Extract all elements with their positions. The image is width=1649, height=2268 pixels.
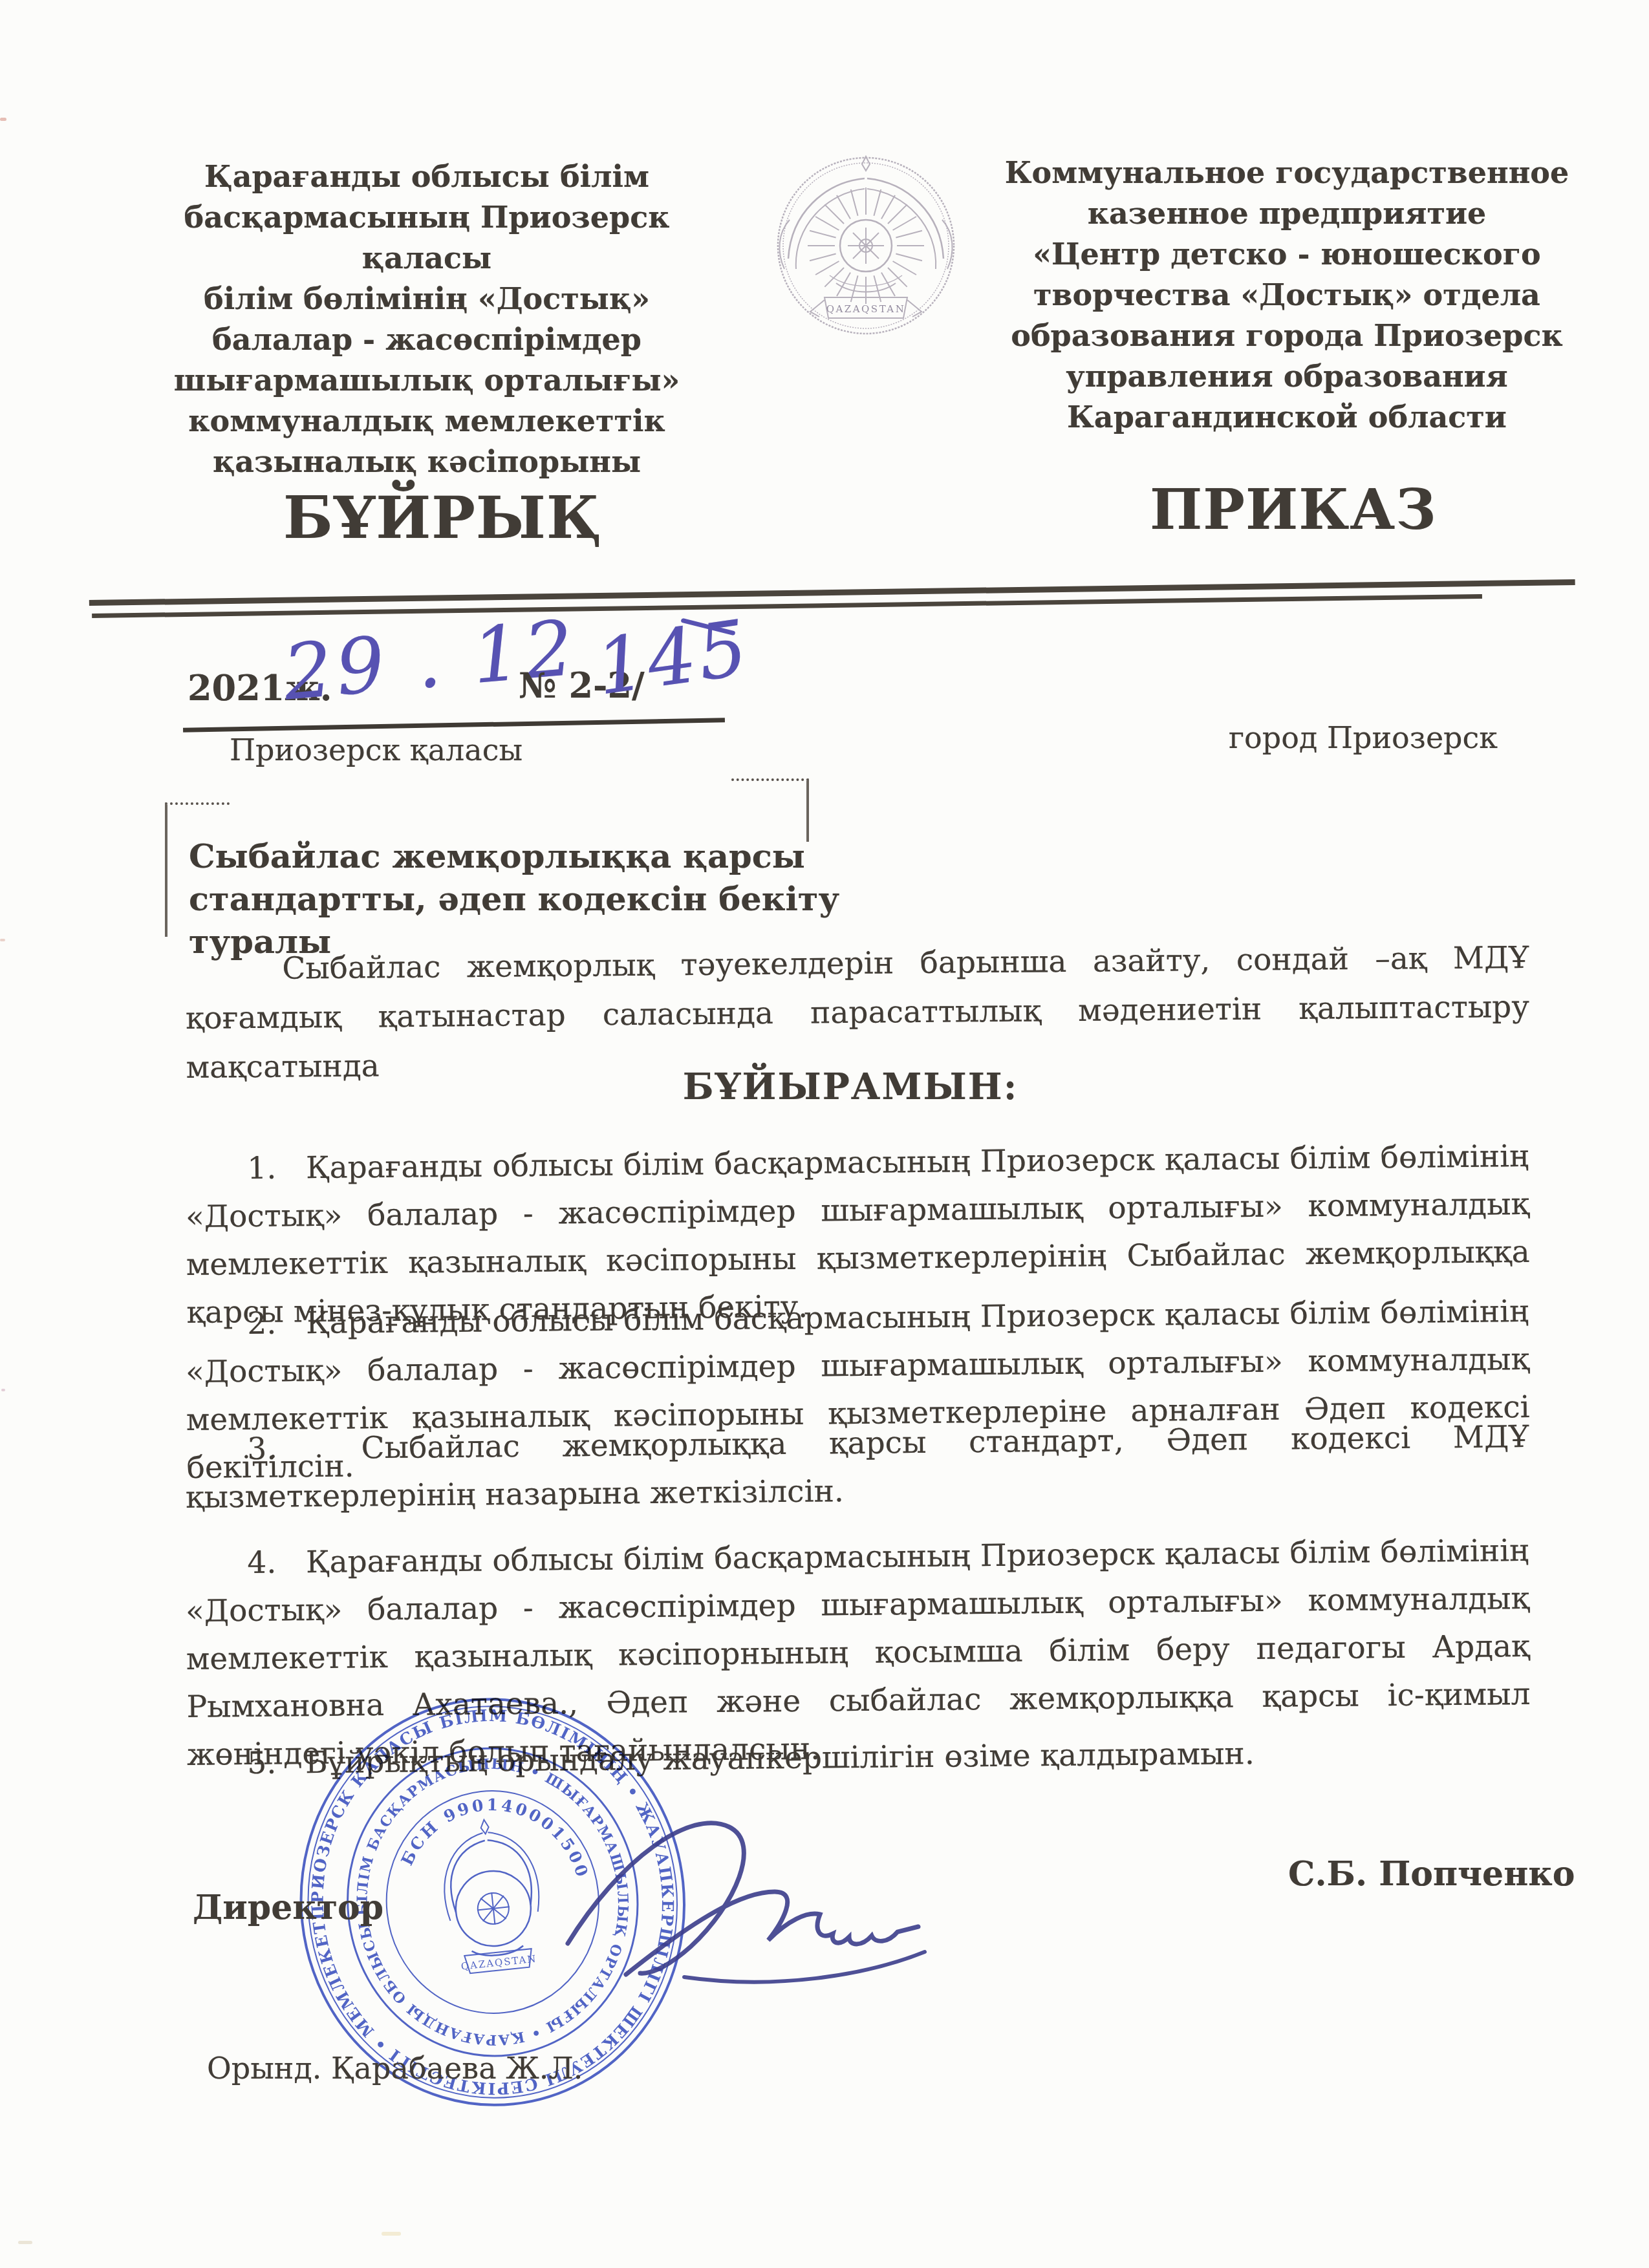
scan-speck <box>0 939 5 941</box>
corner-mark-right <box>731 778 809 842</box>
org-name-russian: Коммунальное государственное казенное пр… <box>993 153 1581 438</box>
signoff-name: С.Б. Попченко <box>1288 1854 1575 1894</box>
scanned-order-document: Қарағанды облысы білім басқармасының При… <box>0 0 1649 2268</box>
emblem-banner-label: QAZAQSTAN <box>826 303 906 315</box>
scan-speck <box>382 2232 401 2236</box>
place-kazakh: Приозерск қаласы <box>230 733 523 767</box>
double-rule <box>89 579 1575 618</box>
doc-title-russian: ПРИКАЗ <box>1150 477 1389 542</box>
scan-speck <box>0 118 6 121</box>
doc-title-kazakh: БҰЙРЫҚ <box>283 484 548 552</box>
rule-line-top <box>89 579 1575 606</box>
order-item-3: 3. Сыбайлас жемқорлыққа қарсы стандарт, … <box>185 1413 1529 1522</box>
signature-stroke-icon <box>529 1782 943 2008</box>
executor-line: Орынд. Қарабаева Ж.Л. <box>207 2051 583 2086</box>
signoff-role: Директор <box>193 1888 383 1927</box>
org-name-kazakh: Қарағанды облысы білім басқармасының При… <box>133 156 721 482</box>
scan-speck <box>18 2241 32 2244</box>
dateline-underline <box>183 718 725 732</box>
place-russian: город Приозерск <box>1229 720 1498 755</box>
scan-speck <box>1 1389 5 1391</box>
order-word: БҰЙЫРАМЫН: <box>129 1065 1571 1108</box>
handwritten-number: 145 <box>591 603 755 712</box>
kazakhstan-emblem-icon: QAZAQSTAN <box>765 142 967 357</box>
